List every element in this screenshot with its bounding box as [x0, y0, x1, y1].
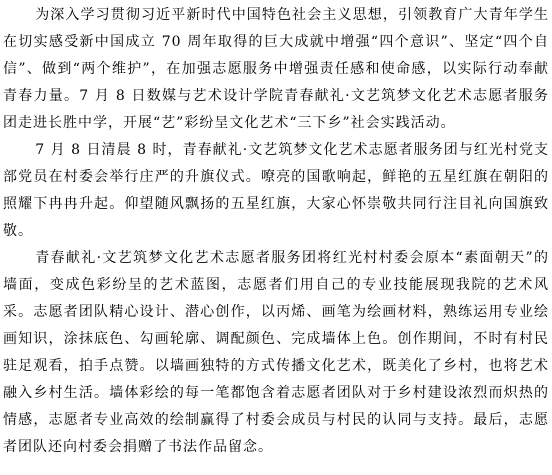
paragraph-intro: 为深入学习贯彻习近平新时代中国特色社会主义思想，引领教育广大青年学生在切实感受新… [3, 2, 549, 137]
document-page: 为深入学习贯彻习近平新时代中国特色社会主义思想，引领教育广大青年学生在切实感受新… [0, 0, 552, 475]
paragraph-wall-painting: 青春献礼·文艺筑梦文化艺术志愿者服务团将红光村村委会原本“素面朝天”的墙面，变成… [3, 245, 549, 461]
paragraph-flag-ceremony: 7 月 8 日清晨 8 时，青春献礼·文艺筑梦文化艺术志愿者服务团与红光村党支部… [3, 137, 549, 245]
